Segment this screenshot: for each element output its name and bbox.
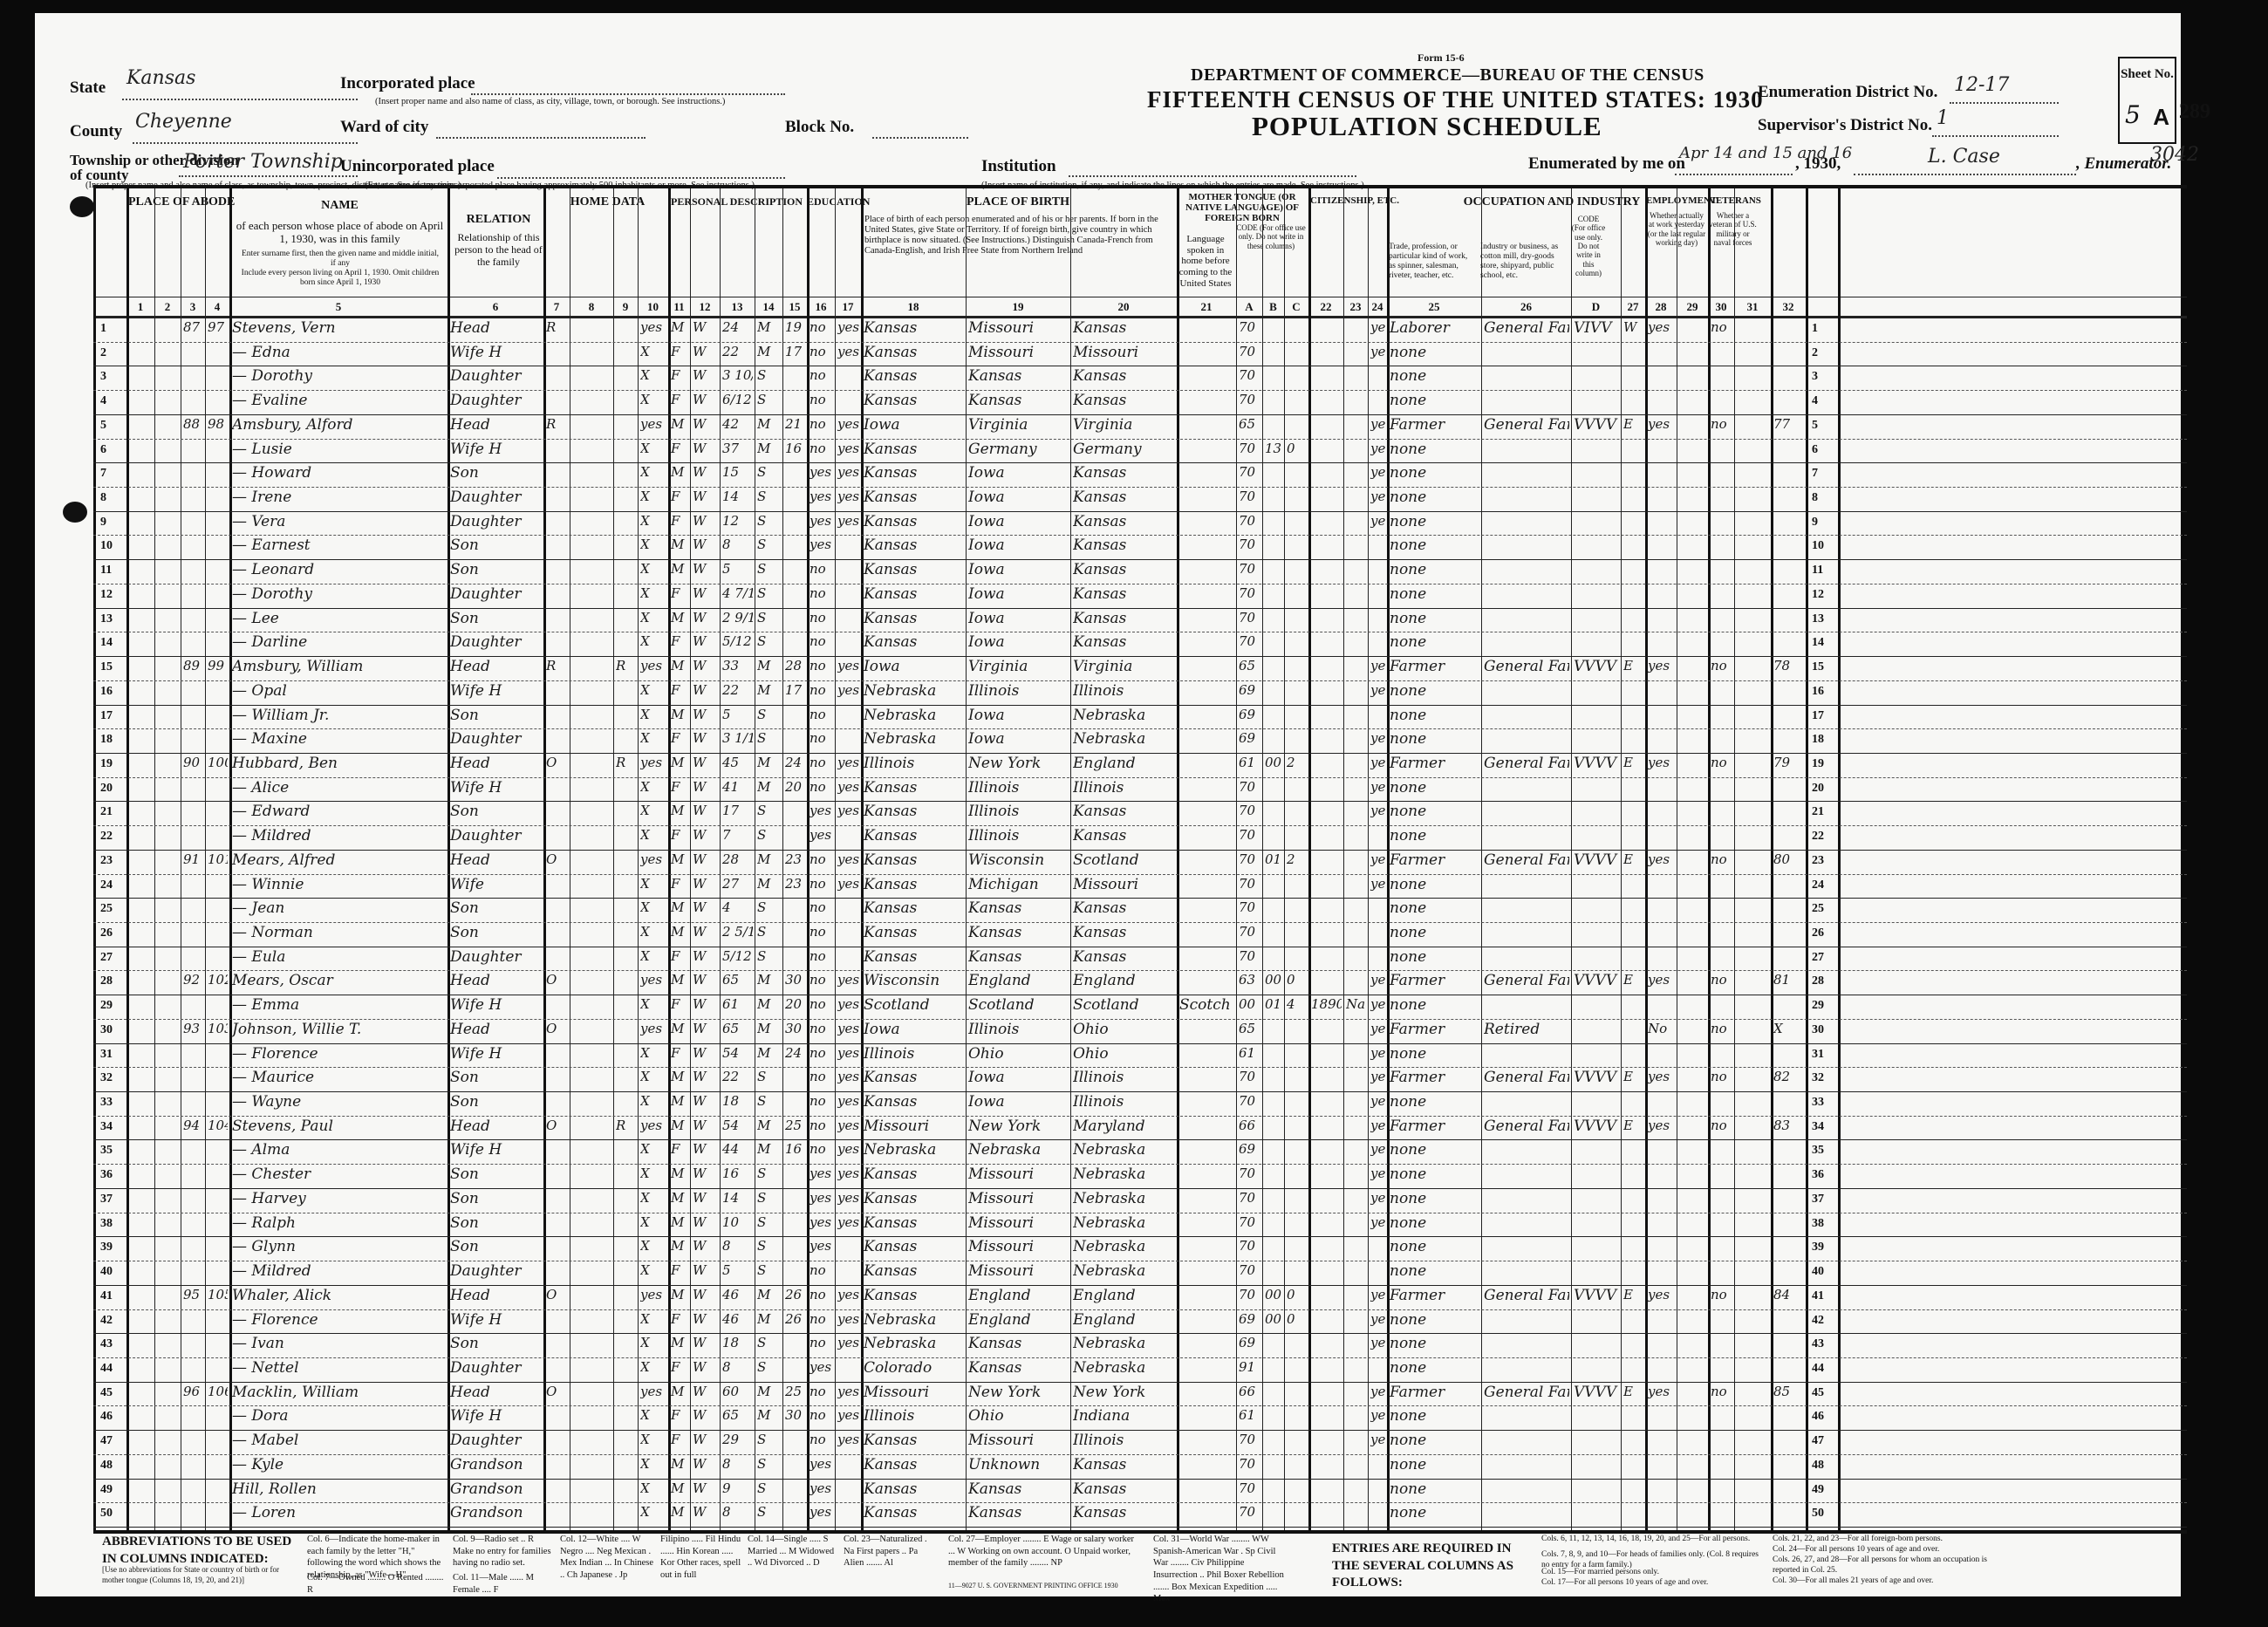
cell-age-marr: 26 bbox=[785, 1287, 805, 1302]
cell-age-marr: 17 bbox=[785, 682, 805, 698]
cell-industry: General Farm bbox=[1484, 1069, 1569, 1086]
cell-name: — Eula bbox=[232, 948, 446, 966]
cell-relation: Daughter bbox=[450, 392, 542, 409]
cell-mother-birth: Scotland bbox=[1073, 851, 1175, 869]
cell-name: — Darline bbox=[232, 633, 446, 651]
cell-occupation: none bbox=[1390, 1311, 1479, 1329]
cell-literate: yes bbox=[837, 1432, 859, 1447]
cell-mother-birth: Nebraska bbox=[1073, 1166, 1175, 1183]
cell-code-a: 65 bbox=[1239, 416, 1260, 432]
cell-name: — Maxine bbox=[232, 730, 446, 748]
cell-english: yes bbox=[1370, 1214, 1385, 1230]
cell-english: yes bbox=[1370, 1093, 1385, 1109]
cell-relation: Wife H bbox=[450, 779, 542, 796]
cell-birth: Kansas bbox=[864, 585, 964, 603]
cell-code-a: 69 bbox=[1239, 707, 1260, 722]
cell-father-birth: Iowa bbox=[968, 537, 1069, 554]
cell-relation: Son bbox=[450, 803, 542, 820]
cell-code-a: 70 bbox=[1239, 561, 1260, 577]
cell-farm: X bbox=[640, 1214, 666, 1230]
cell-code-a: 65 bbox=[1239, 658, 1260, 673]
cell-literate: yes bbox=[837, 1045, 859, 1061]
cell-relation: Wife H bbox=[450, 682, 542, 700]
cell-name: — Ralph bbox=[232, 1214, 446, 1232]
cell-name: — Dorothy bbox=[232, 367, 446, 385]
cell-farm-sched: 85 bbox=[1773, 1384, 1804, 1399]
cell-family: 103 bbox=[208, 1021, 228, 1036]
cell-family: 99 bbox=[208, 658, 228, 673]
line-number: 33 bbox=[1812, 1096, 1824, 1110]
cell-farm: X bbox=[640, 1335, 666, 1350]
cell-age: 12 bbox=[722, 513, 753, 529]
line-number: 12 bbox=[100, 588, 113, 602]
cell-relation: Head bbox=[450, 972, 542, 989]
line-number: 16 bbox=[100, 685, 113, 699]
cell-name: — William Jr. bbox=[232, 707, 446, 724]
cell-age: 54 bbox=[722, 1118, 753, 1133]
cell-birth: Kansas bbox=[864, 803, 964, 820]
line-number: 31 bbox=[100, 1048, 113, 1062]
cell-code-a: 70 bbox=[1239, 537, 1260, 552]
line-number: 23 bbox=[100, 854, 113, 868]
line-number: 13 bbox=[100, 612, 113, 626]
cell-sex: F bbox=[671, 1262, 688, 1278]
line-number: 4 bbox=[100, 394, 106, 408]
county-value: Cheyenne bbox=[135, 111, 232, 133]
cell-age: 60 bbox=[722, 1384, 753, 1399]
cell-sex: F bbox=[671, 441, 688, 456]
cell-occupation: none bbox=[1390, 610, 1479, 627]
cell-relation: Wife H bbox=[450, 344, 542, 361]
cell-relation: Son bbox=[450, 899, 542, 917]
cell-relation: Grandson bbox=[450, 1504, 542, 1521]
cell-sex: F bbox=[671, 1141, 688, 1157]
line-number: 50 bbox=[100, 1507, 113, 1521]
table-row: 4646— DoraWife HXFW65M30noyesIllinoisOhi… bbox=[93, 1405, 2187, 1431]
cell-school: no bbox=[810, 1287, 833, 1302]
cell-marital: S bbox=[757, 803, 781, 818]
line-number: 26 bbox=[100, 926, 113, 940]
cell-code-d: VVVV bbox=[1574, 1384, 1619, 1401]
cell-age: 54 bbox=[722, 1045, 753, 1061]
table-row: 2424— WinnieWifeXFW27M23noyesKansasMichi… bbox=[93, 874, 2187, 899]
cell-birth: Missouri bbox=[864, 1384, 964, 1401]
table-row: 4343— IvanSonXMW18SnoyesNebraskaKansasNe… bbox=[93, 1333, 2187, 1358]
cell-marital: S bbox=[757, 1432, 781, 1447]
cell-english: yes bbox=[1370, 464, 1385, 480]
cell-father-birth: Kansas bbox=[968, 1480, 1069, 1498]
cell-age-marr: 23 bbox=[785, 876, 805, 892]
cell-literate: yes bbox=[837, 344, 859, 359]
cell-relation: Daughter bbox=[450, 1432, 542, 1449]
cell-occupation: none bbox=[1390, 1214, 1479, 1232]
cell-birth: Nebraska bbox=[864, 1141, 964, 1159]
cell-occupation: Farmer bbox=[1390, 416, 1479, 434]
cell-code-d: VIVV bbox=[1574, 319, 1619, 337]
cell-name: — Winnie bbox=[232, 876, 446, 893]
cell-code-a: 65 bbox=[1239, 1021, 1260, 1036]
cell-school: no bbox=[810, 1384, 833, 1399]
cell-veteran: no bbox=[1711, 1118, 1732, 1133]
cell-relation: Head bbox=[450, 1384, 542, 1401]
cell-farm-sched: 83 bbox=[1773, 1118, 1804, 1133]
cell-tenure: R bbox=[546, 319, 568, 335]
cell-school: no bbox=[810, 1335, 833, 1350]
cell-birth: Kansas bbox=[864, 827, 964, 844]
table-row: 2929— EmmaWife HXFW61M20noyesScotlandSco… bbox=[93, 995, 2187, 1020]
cell-farm: X bbox=[640, 610, 666, 626]
cell-marital: M bbox=[757, 996, 781, 1012]
cell-mother-birth: Nebraska bbox=[1073, 1262, 1175, 1280]
cell-sex: F bbox=[671, 996, 688, 1012]
cell-farm: X bbox=[640, 1311, 666, 1327]
cell-literate: yes bbox=[837, 755, 859, 770]
cell-sex: F bbox=[671, 1432, 688, 1447]
cell-sex: F bbox=[671, 1407, 688, 1423]
cell-school: yes bbox=[810, 1166, 833, 1181]
line-number: 9 bbox=[1812, 516, 1818, 530]
line-number: 44 bbox=[1812, 1362, 1824, 1376]
cell-age-marr: 28 bbox=[785, 658, 805, 673]
cell-veteran: no bbox=[1711, 851, 1732, 867]
line-number: 11 bbox=[100, 564, 112, 578]
table-row: 1717— William Jr.SonXMW5SnoNebraskaIowaN… bbox=[93, 705, 2187, 730]
cell-school: yes bbox=[810, 1214, 833, 1230]
column-number: 26 bbox=[1481, 300, 1571, 314]
cell-literate: yes bbox=[837, 779, 859, 795]
cell-occupation: none bbox=[1390, 1262, 1479, 1280]
cell-farm: X bbox=[640, 1456, 666, 1472]
cell-school: yes bbox=[810, 464, 833, 480]
cell-occupation: none bbox=[1390, 1504, 1479, 1521]
cell-farm: X bbox=[640, 899, 666, 915]
cell-father-birth: Missouri bbox=[968, 1166, 1069, 1183]
cell-sex: M bbox=[671, 1214, 688, 1230]
cell-name: — Vera bbox=[232, 513, 446, 530]
cell-industry: General Farm bbox=[1484, 1384, 1569, 1401]
county-label: County bbox=[70, 122, 122, 141]
line-number: 30 bbox=[100, 1023, 113, 1037]
cell-birth: Kansas bbox=[864, 1504, 964, 1521]
cell-school: no bbox=[810, 1118, 833, 1133]
cell-code-a: 70 bbox=[1239, 779, 1260, 795]
line-number: 28 bbox=[100, 974, 113, 988]
cell-farm: X bbox=[640, 1359, 666, 1375]
cell-farm: X bbox=[640, 1190, 666, 1206]
cell-mother-birth: Maryland bbox=[1073, 1118, 1175, 1135]
cell-age: 45 bbox=[722, 755, 753, 770]
cell-mother-birth: Nebraska bbox=[1073, 707, 1175, 724]
line-number: 42 bbox=[1812, 1314, 1824, 1328]
cell-race: W bbox=[693, 319, 718, 335]
table-row: 232391101Mears, AlfredHeadOyesMW28M23noy… bbox=[93, 850, 2187, 875]
table-row: 2626— NormanSonXMW2 5/12SnoKansasKansasK… bbox=[93, 922, 2187, 947]
cell-father-birth: Kansas bbox=[968, 899, 1069, 917]
cell-industry: General Farm bbox=[1484, 1287, 1569, 1304]
cell-father-birth: Wisconsin bbox=[968, 851, 1069, 869]
cell-farm: X bbox=[640, 392, 666, 407]
cell-occupation: none bbox=[1390, 344, 1479, 361]
cell-mother-birth: Nebraska bbox=[1073, 1359, 1175, 1377]
cell-code-a: 70 bbox=[1239, 464, 1260, 480]
cell-mother-birth: Kansas bbox=[1073, 489, 1175, 506]
cell-farm-sched: 80 bbox=[1773, 851, 1804, 867]
cell-english: yes bbox=[1370, 416, 1385, 432]
enumerated-label: Enumerated by me on bbox=[1528, 154, 1685, 174]
cell-age: 8 bbox=[722, 537, 753, 552]
column-number: 16 bbox=[807, 300, 835, 314]
cell-occupation: none bbox=[1390, 996, 1479, 1014]
table-row: 3838— RalphSonXMW10SyesyesKansasMissouri… bbox=[93, 1213, 2187, 1238]
department-title: DEPARTMENT OF COMMERCE—BUREAU OF THE CEN… bbox=[1191, 65, 1704, 85]
column-number: 23 bbox=[1343, 300, 1368, 314]
cell-sex: M bbox=[671, 1093, 688, 1109]
cell-code-a: 61 bbox=[1239, 1045, 1260, 1061]
sheet-number: 5 bbox=[2125, 100, 2141, 129]
cell-mother-birth: Nebraska bbox=[1073, 1238, 1175, 1255]
cell-worker-class: E bbox=[1623, 1384, 1643, 1399]
line-number: 43 bbox=[100, 1337, 113, 1351]
cell-marital: S bbox=[757, 1214, 781, 1230]
table-row: 118797Stevens, VernHeadRyesMW24M19noyesK… bbox=[93, 318, 2187, 343]
cell-occupation: none bbox=[1390, 779, 1479, 796]
cell-marital: S bbox=[757, 707, 781, 722]
cell-marital: M bbox=[757, 876, 781, 892]
cell-race: W bbox=[693, 924, 718, 940]
line-number: 15 bbox=[1812, 660, 1824, 674]
cell-relation: Son bbox=[450, 1069, 542, 1086]
entries-title: ENTRIES ARE REQUIRED IN THE SEVERAL COLU… bbox=[1332, 1541, 1533, 1592]
group-place-of-abode: PLACE OF ABODE bbox=[128, 195, 224, 209]
cell-farm: yes bbox=[640, 319, 666, 335]
cell-father-birth: Missouri bbox=[968, 344, 1069, 361]
cell-english: yes bbox=[1370, 1190, 1385, 1206]
cell-occupation: none bbox=[1390, 392, 1479, 409]
cell-farm: yes bbox=[640, 1021, 666, 1036]
cell-english: yes bbox=[1370, 1407, 1385, 1423]
cell-sex: M bbox=[671, 899, 688, 915]
cell-dwelling: 87 bbox=[183, 319, 203, 335]
line-number: 7 bbox=[100, 467, 106, 481]
cell-worker-class: E bbox=[1623, 755, 1643, 770]
line-number: 1 bbox=[100, 322, 106, 336]
cell-literate: yes bbox=[837, 972, 859, 988]
cell-english: yes bbox=[1370, 972, 1385, 988]
cell-english: yes bbox=[1370, 1069, 1385, 1084]
cell-mother-birth: Virginia bbox=[1073, 658, 1175, 675]
cell-birth: Kansas bbox=[864, 441, 964, 458]
table-row: 1616— OpalWife HXFW22M17noyesNebraskaIll… bbox=[93, 680, 2187, 706]
cell-code-a: 61 bbox=[1239, 755, 1260, 770]
cell-birth: Kansas bbox=[864, 513, 964, 530]
group-education: EDUCATION bbox=[807, 195, 859, 209]
cell-school: no bbox=[810, 972, 833, 988]
cell-farm: X bbox=[640, 924, 666, 940]
cell-veteran: no bbox=[1711, 1021, 1732, 1036]
cell-age: 46 bbox=[722, 1287, 753, 1302]
cell-at-work: yes bbox=[1648, 319, 1675, 335]
cell-literate: yes bbox=[837, 851, 859, 867]
cell-school: no bbox=[810, 367, 833, 383]
line-number: 43 bbox=[1812, 1337, 1824, 1351]
cell-age: 5/12 bbox=[722, 948, 753, 964]
cell-age: 14 bbox=[722, 489, 753, 504]
line-number: 10 bbox=[1812, 539, 1824, 553]
line-number: 3 bbox=[100, 370, 106, 384]
cell-father-birth: Iowa bbox=[968, 707, 1069, 724]
cell-relation: Son bbox=[450, 1214, 542, 1232]
column-number: 31 bbox=[1734, 300, 1771, 314]
cell-race: W bbox=[693, 610, 718, 626]
line-number: 31 bbox=[1812, 1048, 1824, 1062]
cell-mother-birth: Kansas bbox=[1073, 899, 1175, 917]
line-number: 26 bbox=[1812, 926, 1824, 940]
cell-birth: Kansas bbox=[864, 1456, 964, 1473]
line-number: 29 bbox=[1812, 999, 1824, 1013]
cell-farm: X bbox=[640, 1093, 666, 1109]
cell-age: 3 1/12 bbox=[722, 730, 753, 746]
cell-tongue: Scotch bbox=[1179, 996, 1234, 1014]
cell-relation: Wife H bbox=[450, 1311, 542, 1329]
cell-farm-sched: 77 bbox=[1773, 416, 1804, 432]
cell-farm: X bbox=[640, 537, 666, 552]
cell-mother-birth: Ohio bbox=[1073, 1045, 1175, 1063]
cell-name: — Earnest bbox=[232, 537, 446, 554]
cell-farm: yes bbox=[640, 851, 666, 867]
cell-sex: F bbox=[671, 948, 688, 964]
column-number: 8 bbox=[570, 300, 613, 314]
relation-description: Relationship of this person to the head … bbox=[453, 232, 544, 268]
cell-birth: Kansas bbox=[864, 876, 964, 893]
cell-age: 8 bbox=[722, 1456, 753, 1472]
cell-farm: X bbox=[640, 1407, 666, 1423]
cell-sex: M bbox=[671, 851, 688, 867]
cell-race: W bbox=[693, 1384, 718, 1399]
cell-sex: M bbox=[671, 972, 688, 988]
cell-sex: M bbox=[671, 658, 688, 673]
name-description: of each person whose place of abode on A… bbox=[233, 220, 447, 246]
cell-birth: Kansas bbox=[864, 1069, 964, 1086]
line-number: 49 bbox=[1812, 1483, 1824, 1497]
cell-race: W bbox=[693, 513, 718, 529]
table-row: 2525— JeanSonXMW4SnoKansasKansasKansas70… bbox=[93, 898, 2187, 923]
cell-age: 65 bbox=[722, 1021, 753, 1036]
cell-sex: M bbox=[671, 1069, 688, 1084]
cell-name: — Evaline bbox=[232, 392, 446, 409]
cell-occupation: Farmer bbox=[1390, 658, 1479, 675]
cell-sex: F bbox=[671, 633, 688, 649]
cell-code-a: 66 bbox=[1239, 1384, 1260, 1399]
cell-school: no bbox=[810, 1407, 833, 1423]
cell-radio: R bbox=[616, 658, 636, 673]
column-number: 30 bbox=[1708, 300, 1734, 314]
cell-name: — Mildred bbox=[232, 1262, 446, 1280]
cell-relation: Son bbox=[450, 707, 542, 724]
group-name: NAME bbox=[233, 199, 447, 213]
cell-occupation: Farmer bbox=[1390, 972, 1479, 989]
table-row: 3636— ChesterSonXMW16SyesyesKansasMissou… bbox=[93, 1164, 2187, 1189]
cell-birth: Nebraska bbox=[864, 682, 964, 700]
cell-occupation: none bbox=[1390, 513, 1479, 530]
cell-father-birth: Missouri bbox=[968, 319, 1069, 337]
cell-father-birth: Kansas bbox=[968, 1359, 1069, 1377]
enumerator-name: L. Case bbox=[1928, 146, 2000, 167]
cell-code-a: 69 bbox=[1239, 1311, 1260, 1327]
cell-age: 17 bbox=[722, 803, 753, 818]
line-number: 50 bbox=[1812, 1507, 1824, 1521]
cell-race: W bbox=[693, 682, 718, 698]
cell-naturalization: Na bbox=[1346, 996, 1366, 1012]
cell-code-a: 70 bbox=[1239, 633, 1260, 649]
ed-label: Enumeration District No. bbox=[1758, 83, 1937, 102]
cell-race: W bbox=[693, 1166, 718, 1181]
cell-sex: M bbox=[671, 537, 688, 552]
table-row: 4848— KyleGrandsonXMW8SyesKansasUnknownK… bbox=[93, 1454, 2187, 1480]
cell-code-a: 70 bbox=[1239, 344, 1260, 359]
cell-school: no bbox=[810, 876, 833, 892]
cell-relation: Wife H bbox=[450, 1141, 542, 1159]
cell-farm: X bbox=[640, 441, 666, 456]
cell-father-birth: Kansas bbox=[968, 392, 1069, 409]
cell-age-marr: 16 bbox=[785, 1141, 805, 1157]
cell-code-a: 70 bbox=[1239, 1262, 1260, 1278]
table-row: 1414— DarlineDaughterXFW5/12SnoKansasIow… bbox=[93, 632, 2187, 657]
cell-farm: X bbox=[640, 489, 666, 504]
cell-birth: Scotland bbox=[864, 996, 964, 1014]
cell-sex: F bbox=[671, 585, 688, 601]
cell-school: no bbox=[810, 561, 833, 577]
cell-school: no bbox=[810, 730, 833, 746]
cell-code-b: 00 bbox=[1265, 1311, 1282, 1327]
cell-name: — Florence bbox=[232, 1311, 446, 1329]
cell-father-birth: Illinois bbox=[968, 682, 1069, 700]
cell-age: 22 bbox=[722, 682, 753, 698]
column-number: 9 bbox=[613, 300, 638, 314]
entries-7: Cols. 26, 27, and 28—For all persons for… bbox=[1773, 1555, 1991, 1576]
cell-english: yes bbox=[1370, 1166, 1385, 1181]
cell-farm: yes bbox=[640, 416, 666, 432]
cell-marital: S bbox=[757, 948, 781, 964]
line-number: 25 bbox=[1812, 902, 1824, 916]
cell-name: — Dora bbox=[232, 1407, 446, 1425]
cell-industry: General Farm bbox=[1484, 1118, 1569, 1135]
group-veterans: VETERANS bbox=[1709, 195, 1757, 206]
cell-marital: S bbox=[757, 585, 781, 601]
cell-at-work: yes bbox=[1648, 416, 1675, 432]
cell-race: W bbox=[693, 1262, 718, 1278]
cell-race: W bbox=[693, 1021, 718, 1036]
cell-father-birth: Missouri bbox=[968, 1214, 1069, 1232]
cell-age: 65 bbox=[722, 972, 753, 988]
table-row: 4444— NettelDaughterXFW8SyesColoradoKans… bbox=[93, 1357, 2187, 1383]
column-number: A bbox=[1236, 300, 1262, 314]
sd-value: 1 bbox=[1937, 107, 1949, 129]
cell-literate: yes bbox=[837, 1069, 859, 1084]
cell-relation: Daughter bbox=[450, 827, 542, 844]
table-row: 1313— LeeSonXMW2 9/12SnoKansasIowaKansas… bbox=[93, 608, 2187, 633]
table-row: 3939— GlynnSonXMW8SyesKansasMissouriNebr… bbox=[93, 1236, 2187, 1261]
cell-worker-class: E bbox=[1623, 1069, 1643, 1084]
column-number: 14 bbox=[755, 300, 782, 314]
cell-marital: S bbox=[757, 513, 781, 529]
cell-name: — Lusie bbox=[232, 441, 446, 458]
cell-father-birth: Unknown bbox=[968, 1456, 1069, 1473]
column-number: 24 bbox=[1368, 300, 1387, 314]
cell-age-marr: 20 bbox=[785, 996, 805, 1012]
cell-sex: F bbox=[671, 730, 688, 746]
cell-relation: Daughter bbox=[450, 633, 542, 651]
cell-occupation: Farmer bbox=[1390, 851, 1479, 869]
